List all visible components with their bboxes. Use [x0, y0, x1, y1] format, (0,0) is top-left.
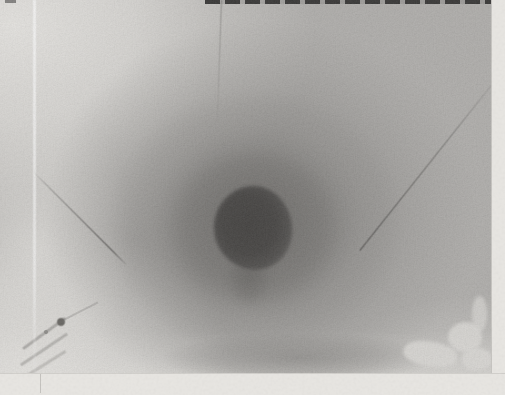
torn-photo-edge — [205, 0, 491, 4]
faint-vertical-scratch — [216, 0, 222, 130]
debris-stroke — [64, 301, 99, 320]
debris-stroke — [26, 350, 66, 373]
vertical-crease — [33, 0, 36, 373]
ice-hole-photograph — [0, 0, 491, 373]
debris-speck — [44, 330, 48, 334]
snow-chunk — [472, 296, 487, 332]
debris-speck — [57, 318, 65, 326]
snow-chunk — [462, 348, 491, 370]
paper-margin-right — [491, 0, 505, 395]
margin-crease-line — [40, 374, 41, 393]
scanned-photo-page — [0, 0, 505, 395]
crack-line-right — [359, 76, 491, 251]
debris-stroke — [20, 333, 68, 367]
crack-line-left — [32, 170, 127, 265]
edge-speck — [5, 0, 16, 3]
debris-mark — [16, 306, 106, 373]
paper-margin-bottom — [0, 373, 505, 395]
